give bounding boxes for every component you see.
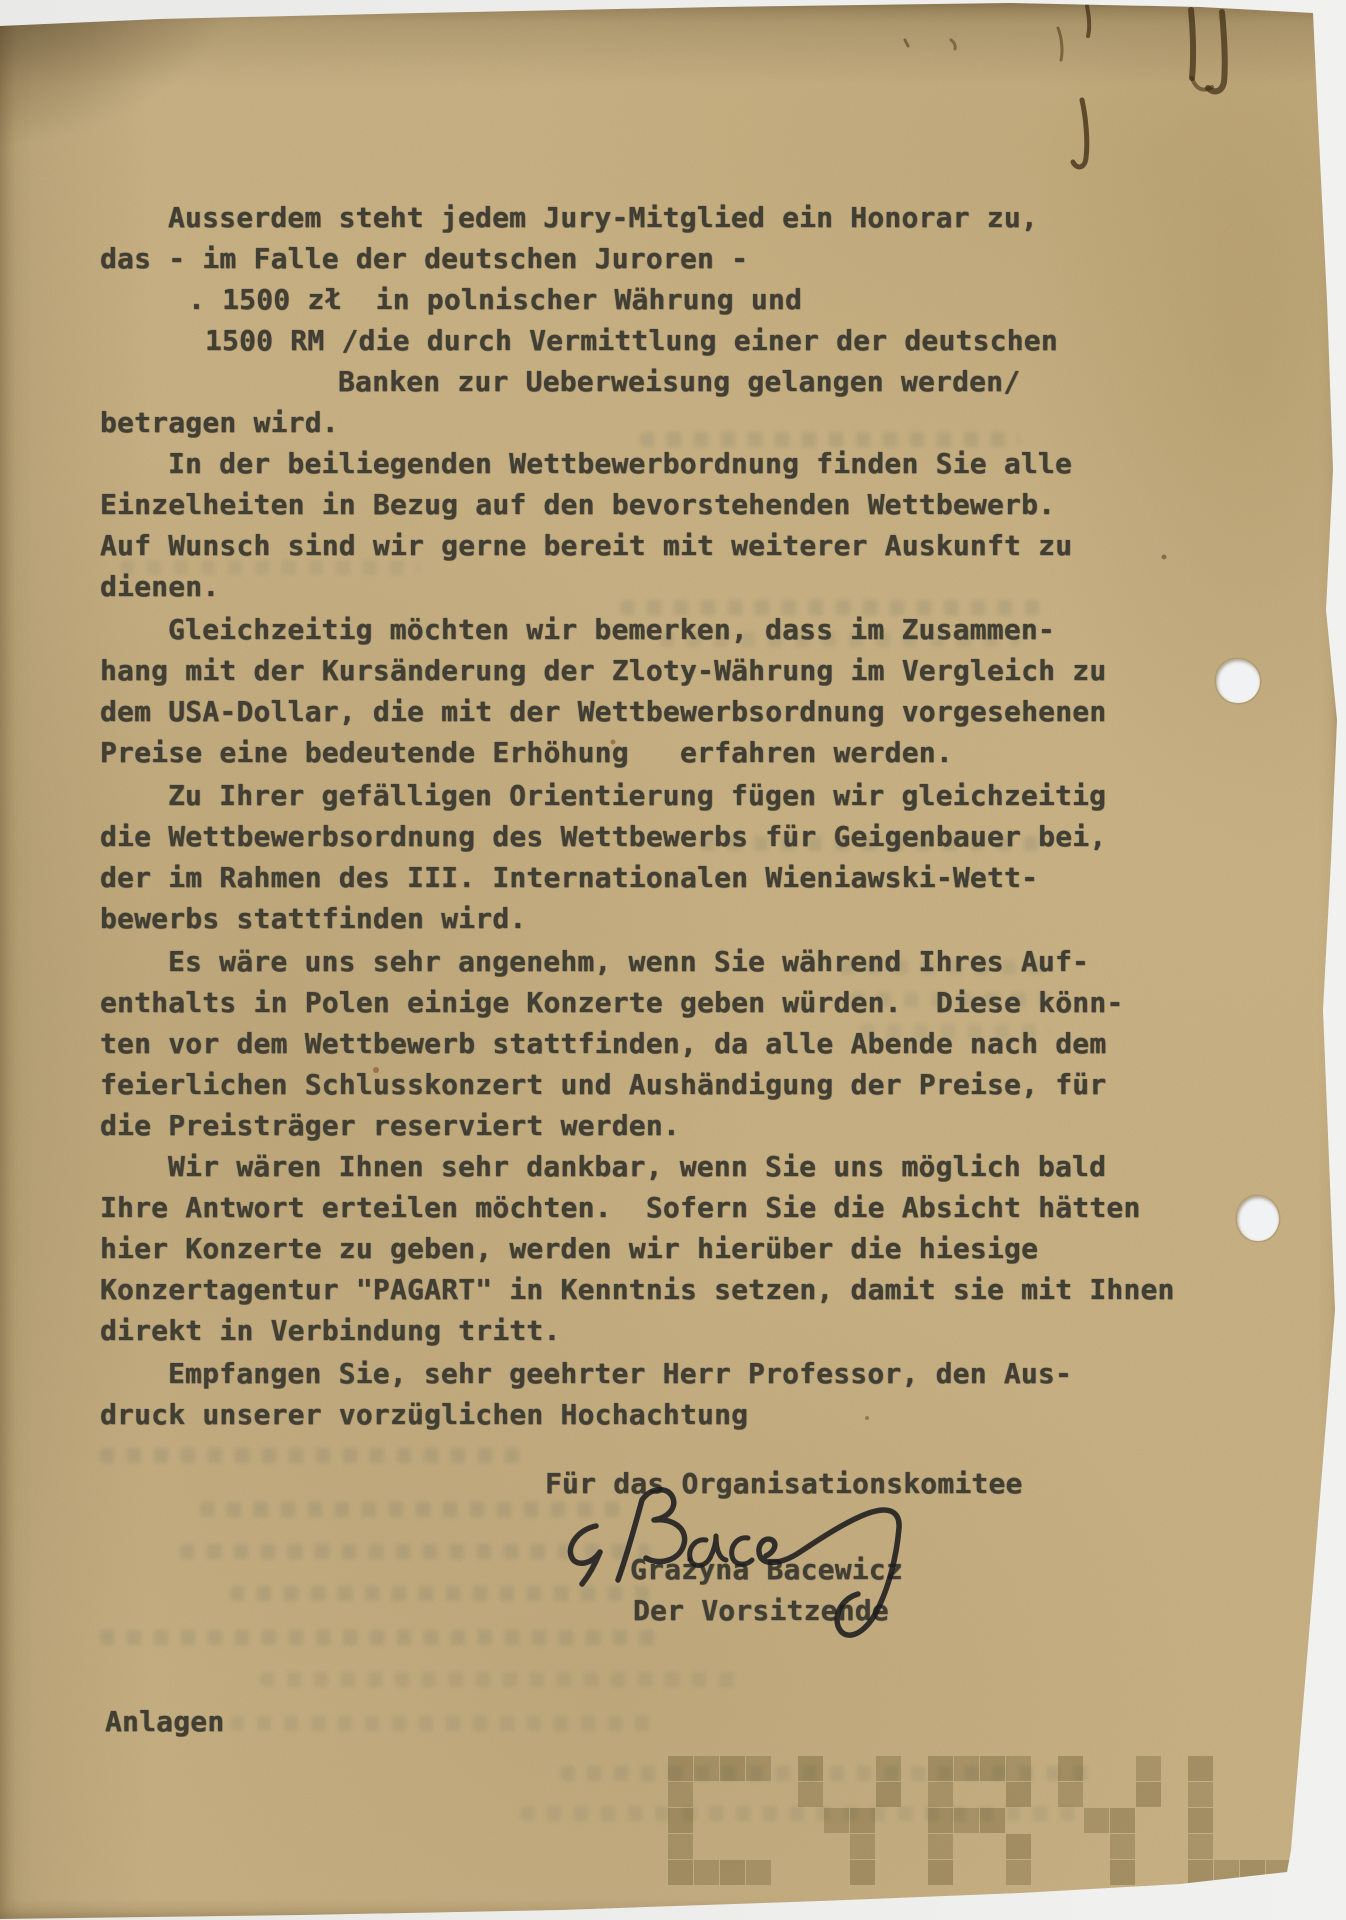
typed-line: bewerbs stattfinden wird. <box>100 902 526 935</box>
typed-line: Gleichzeitig möchten wir bemerken, dass … <box>168 613 1055 646</box>
watermark-pixel <box>1006 1860 1031 1885</box>
watermark-pixel <box>668 1860 693 1885</box>
watermark-pixel <box>876 1782 901 1807</box>
typed-line: Ihre Antwort erteilen möchten. Sofern Si… <box>100 1191 1141 1224</box>
watermark-pixel <box>694 1756 719 1781</box>
watermark-pixel <box>824 1808 849 1833</box>
typed-line: dienen. <box>100 570 219 603</box>
scan-background: Ausserdem steht jedem Jury-Mitglied ein … <box>0 0 1346 1920</box>
typed-line: Konzertagentur "PAGART" in Kenntnis setz… <box>100 1273 1175 1306</box>
watermark-pixel <box>1188 1782 1213 1807</box>
watermark-pixel <box>668 1756 693 1781</box>
punch-hole-bottom <box>1237 1196 1279 1241</box>
typed-line: dem USA-Dollar, die mit der Wettbewerbso… <box>100 695 1106 728</box>
watermark-pixel <box>1136 1782 1161 1807</box>
typed-line: Banken zur Ueberweisung gelangen werden/ <box>338 365 1020 398</box>
typed-line: Ausserdem steht jedem Jury-Mitglied ein … <box>168 201 1038 234</box>
watermark-pixel <box>1058 1756 1083 1781</box>
watermark-pixel <box>720 1756 745 1781</box>
watermark-pixel <box>954 1756 979 1781</box>
typed-line: 1500 RM /die durch Vermittlung einer der… <box>205 324 1058 357</box>
watermark-pixel <box>850 1808 875 1833</box>
typed-line: hier Konzerte zu geben, werden wir hierü… <box>100 1232 1038 1265</box>
cyryl-watermark <box>668 1756 1292 1886</box>
watermark-pixel <box>668 1834 693 1859</box>
watermark-pixel <box>1240 1860 1265 1885</box>
typed-line: Preise eine bedeutende Erhöhung erfahren… <box>100 736 953 769</box>
watermark-pixel <box>668 1808 693 1833</box>
typed-line: Wir wären Ihnen sehr dankbar, wenn Sie u… <box>168 1150 1106 1183</box>
typed-line: ten vor dem Wettbewerb stattfinden, da a… <box>100 1027 1106 1060</box>
typed-line: Grażyna Bacewicz <box>630 1553 903 1586</box>
watermark-pixel <box>1006 1756 1031 1781</box>
typed-line: der im Rahmen des III. Internationalen W… <box>100 861 1038 894</box>
watermark-pixel <box>746 1756 771 1781</box>
watermark-pixel <box>928 1834 953 1859</box>
watermark-pixel <box>850 1834 875 1859</box>
typed-line: druck unserer vorzüglichen Hochachtung <box>100 1398 748 1431</box>
watermark-pixel <box>746 1860 771 1885</box>
watermark-pixel <box>1110 1808 1135 1833</box>
typed-line: Für das Organisationskomitee <box>545 1467 1023 1500</box>
watermark-pixel <box>1006 1834 1031 1859</box>
typed-line: hang mit der Kursänderung der Zloty-Währ… <box>100 654 1106 687</box>
watermark-pixel <box>1006 1782 1031 1807</box>
watermark-pixel <box>980 1756 1005 1781</box>
watermark-pixel <box>798 1756 823 1781</box>
watermark-pixel <box>850 1860 875 1885</box>
typed-line: Auf Wunsch sind wir gerne bereit mit wei… <box>100 529 1072 562</box>
watermark-pixel <box>928 1782 953 1807</box>
watermark-pixel <box>1084 1808 1109 1833</box>
watermark-pixel <box>954 1808 979 1833</box>
watermark-pixel <box>1110 1834 1135 1859</box>
typed-line: Der Vorsitzende <box>633 1594 889 1627</box>
watermark-pixel <box>1188 1860 1213 1885</box>
watermark-pixel <box>876 1756 901 1781</box>
watermark-pixel <box>798 1782 823 1807</box>
typed-line: In der beiliegenden Wettbewerbordnung fi… <box>168 447 1072 480</box>
typed-line: Es wäre uns sehr angenehm, wenn Sie währ… <box>168 945 1089 978</box>
watermark-pixel <box>928 1808 953 1833</box>
typed-line: das - im Falle der deutschen Juroren - <box>100 242 748 275</box>
typed-line: die Preisträger reserviert werden. <box>100 1109 680 1142</box>
watermark-pixel <box>668 1782 693 1807</box>
watermark-pixel <box>1136 1756 1161 1781</box>
watermark-pixel <box>1214 1860 1239 1885</box>
letter-page: Ausserdem steht jedem Jury-Mitglied ein … <box>0 0 1346 1920</box>
typed-line: die Wettbewerbsordnung des Wettbewerbs f… <box>100 820 1106 853</box>
watermark-pixel <box>694 1860 719 1885</box>
typed-line: feierlichen Schlusskonzert und Aushändig… <box>100 1068 1106 1101</box>
watermark-pixel <box>1188 1834 1213 1859</box>
watermark-pixel <box>1188 1808 1213 1833</box>
watermark-pixel <box>1058 1782 1083 1807</box>
typed-line: direkt in Verbindung tritt. <box>100 1314 561 1347</box>
watermark-pixel <box>980 1808 1005 1833</box>
typed-line: betragen wird. <box>100 406 339 439</box>
typed-line: Einzelheiten in Bezug auf den bevorstehe… <box>100 488 1055 521</box>
watermark-pixel <box>928 1756 953 1781</box>
watermark-pixel <box>1188 1756 1213 1781</box>
typed-line: Anlagen <box>105 1705 224 1738</box>
watermark-pixel <box>1110 1860 1135 1885</box>
typed-line: Empfangen Sie, sehr geehrter Herr Profes… <box>168 1357 1072 1390</box>
typed-line: Zu Ihrer gefälligen Orientierung fügen w… <box>168 779 1106 812</box>
watermark-pixel <box>1266 1860 1291 1885</box>
rust-stain-marks <box>905 6 1225 167</box>
punch-hole-top <box>1216 659 1260 703</box>
typed-line: enthalts in Polen einige Konzerte geben … <box>100 986 1123 1019</box>
typed-line: . 1500 zł in polnischer Währung und <box>188 283 802 316</box>
watermark-pixel <box>720 1860 745 1885</box>
watermark-pixel <box>928 1860 953 1885</box>
